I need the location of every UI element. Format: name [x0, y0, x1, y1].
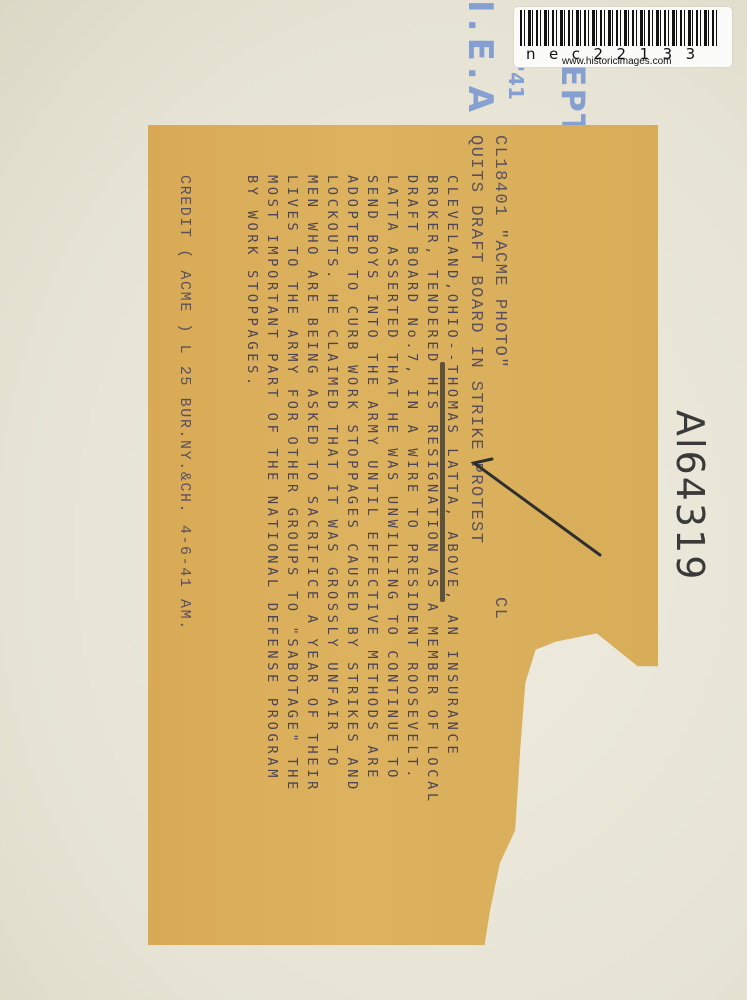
year-stamp: '41 — [504, 66, 528, 100]
credit-line: CREDIT ( ACME ) L 25 BUR.NY.&CH. 4-6-41 … — [176, 175, 193, 631]
body-line: SEND BOYS INTO THE ARMY UNTIL EFFECTIVE … — [364, 175, 380, 781]
body-line: MOST IMPORTANT PART OF THE NATIONAL DEFE… — [264, 175, 280, 781]
body-line: DRAFT BOARD No.7, IN A WIRE TO PRESIDENT… — [404, 175, 420, 781]
pencil-underline — [440, 362, 445, 602]
body-line: BY WORK STOPPAGES. — [244, 175, 260, 389]
caption-side-code: CL — [490, 597, 509, 620]
body-line: BROKER, TENDERED HIS RESIGNATION AS A ME… — [424, 175, 440, 805]
barcode-bars — [520, 10, 720, 46]
agency-stamp: I.E.A — [460, 0, 500, 118]
body-line: LIVES TO THE ARMY FOR OTHER GROUPS TO "S… — [284, 175, 300, 793]
body-line: LOCKOUTS. HE CLAIMED THAT IT WAS GROSSLY… — [324, 175, 340, 769]
handwritten-file-number: Al64319 — [668, 410, 712, 581]
body-line: MEN WHO ARE BEING ASKED TO SACRIFICE A Y… — [304, 175, 320, 793]
body-line: CLEVELAND,OHIO--THOMAS LATTA, ABOVE, AN … — [444, 175, 460, 757]
barcode-site: www.historicimages.com — [562, 56, 671, 67]
caption-header: CL18401 "ACME PHOTO" — [490, 135, 509, 369]
pencil-check-mark-icon — [470, 455, 610, 565]
body-line: LATTA ASSERTED THAT HE WAS UNWILLING TO … — [384, 175, 400, 781]
barcode-label: nec22133 www.historicimages.com — [514, 7, 732, 67]
body-line: ADOPTED TO CURB WORK STOPPAGES CAUSED BY… — [344, 175, 360, 793]
